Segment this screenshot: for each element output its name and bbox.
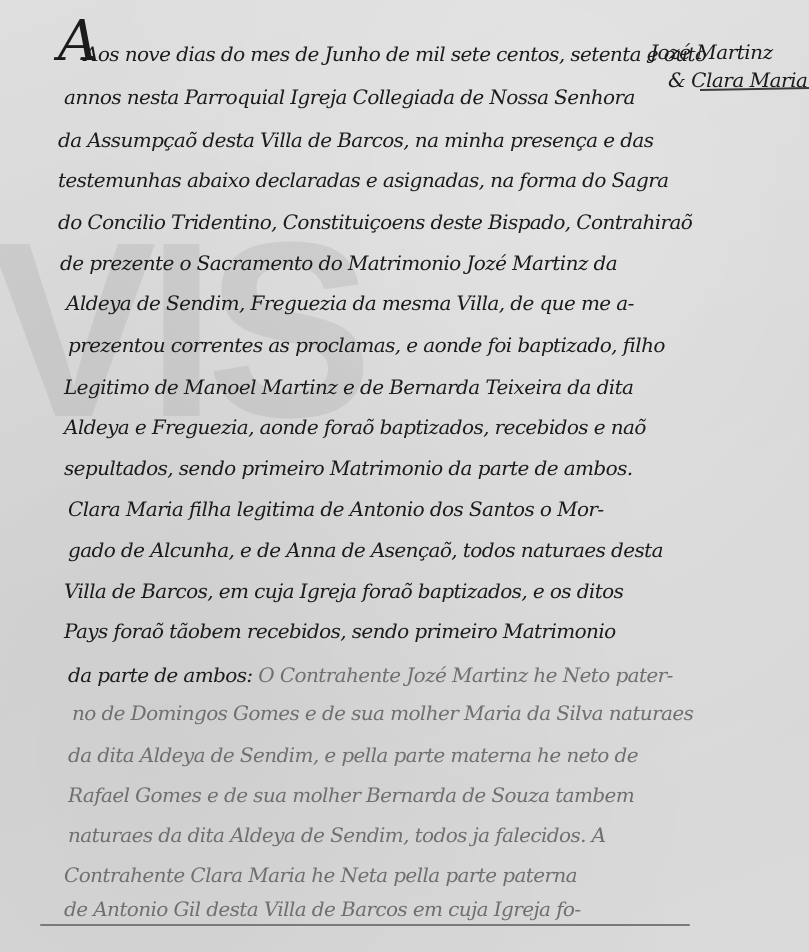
text-line-4: testemunhas abaixo declaradas e asignada… [58, 170, 669, 190]
text-line-14: Villa de Barcos, em cuja Igreja foraõ ba… [64, 581, 623, 601]
text-line-18: da dita Aldeya de Sendim, e pella parte … [68, 745, 638, 765]
text-line-22: de Antonio Gil desta Villa de Barcos em … [64, 899, 581, 919]
text-line-6: de prezente o Sacramento do Matrimonio J… [60, 253, 617, 273]
text-line-17: no de Domingos Gomes e de sua molher Mar… [72, 703, 693, 723]
text-line-19: Rafael Gomes e de sua molher Bernarda de… [68, 785, 634, 805]
closing-rule [40, 924, 690, 926]
text-line-15: Pays foraõ tãobem recebidos, sendo prime… [64, 621, 616, 641]
text-line-21: Contrahente Clara Maria he Neta pella pa… [64, 865, 577, 885]
text-line-5: do Concilio Tridentino, Constituiçoens d… [58, 212, 692, 232]
manuscript-page: VIS A Jozé Martinz & Clara Maria Aos nov… [0, 0, 809, 952]
text-line-9: Legitimo de Manoel Martinz e de Bernarda… [64, 377, 633, 397]
text-line-13: gado de Alcunha, e de Anna de Asençaõ, t… [68, 540, 663, 560]
text-line-11: sepultados, sendo primeiro Matrimonio da… [64, 458, 633, 478]
text-line-8: prezentou correntes as proclamas, e aond… [68, 335, 665, 355]
text-line-7: Aldeya de Sendim, Freguezia da mesma Vil… [66, 293, 634, 313]
text-line-16-faded: O Contrahente Jozé Martinz he Neto pater… [253, 663, 673, 687]
text-line-20: naturaes da dita Aldeya de Sendim, todos… [68, 825, 605, 845]
text-line-2: annos nesta Parroquial Igreja Collegiada… [64, 87, 635, 107]
text-line-1: Aos nove dias do mes de Junho de mil set… [84, 44, 706, 64]
text-line-16-dark: da parte de ambos: [68, 663, 253, 687]
text-line-3: da Assumpçaõ desta Villa de Barcos, na m… [58, 130, 653, 150]
text-line-16: da parte de ambos: O Contrahente Jozé Ma… [68, 665, 673, 685]
text-line-12: Clara Maria filha legitima de Antonio do… [68, 499, 604, 519]
text-line-10: Aldeya e Freguezia, aonde foraõ baptizad… [64, 417, 646, 437]
